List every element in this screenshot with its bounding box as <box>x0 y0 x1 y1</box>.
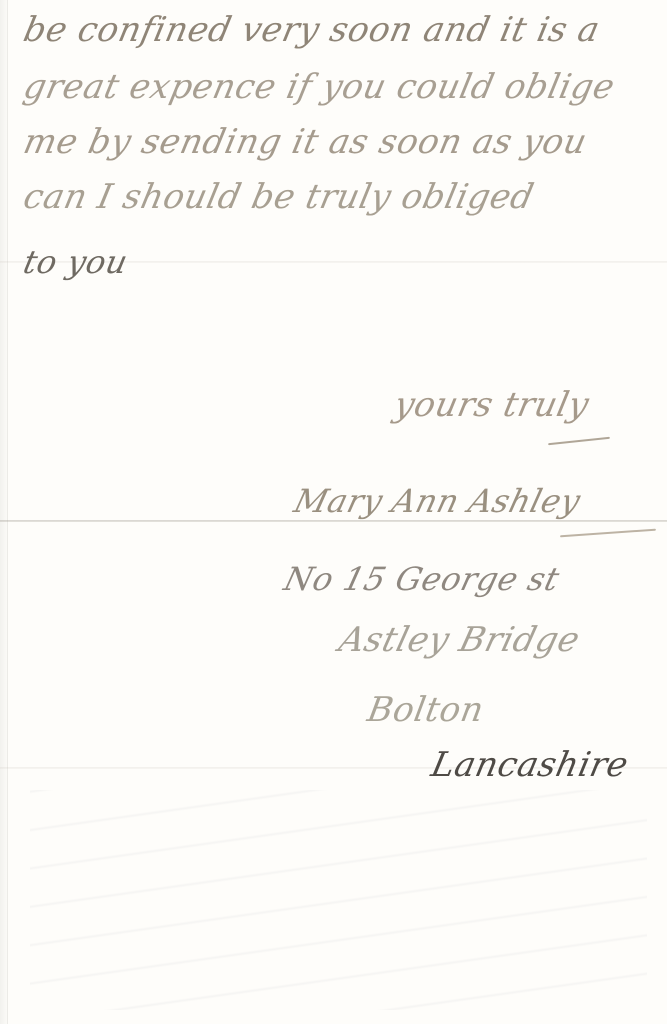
letter-closing: yours truly <box>391 385 593 425</box>
reverse-side-show-through <box>30 790 647 1010</box>
closing-flourish <box>548 437 610 445</box>
body-line: great expence if you could oblige <box>20 67 618 107</box>
address-line-town: Bolton <box>364 690 486 730</box>
letter-signature: Mary Ann Ashley <box>290 482 584 520</box>
address-line-district: Astley Bridge <box>335 620 584 660</box>
address-line-street: No 15 George st <box>280 560 563 598</box>
paper-left-edge <box>0 0 8 1024</box>
address-line-county: Lancashire <box>428 745 632 785</box>
body-line: to you <box>20 243 131 281</box>
body-line: be confined very soon and it is a <box>20 10 603 50</box>
fold-crease-middle <box>0 520 667 522</box>
body-line: can I should be truly obliged <box>20 177 537 217</box>
body-line: me by sending it as soon as you <box>20 122 591 162</box>
signature-flourish <box>560 529 656 538</box>
letter-page: be confined very soon and it is a great … <box>0 0 667 1024</box>
